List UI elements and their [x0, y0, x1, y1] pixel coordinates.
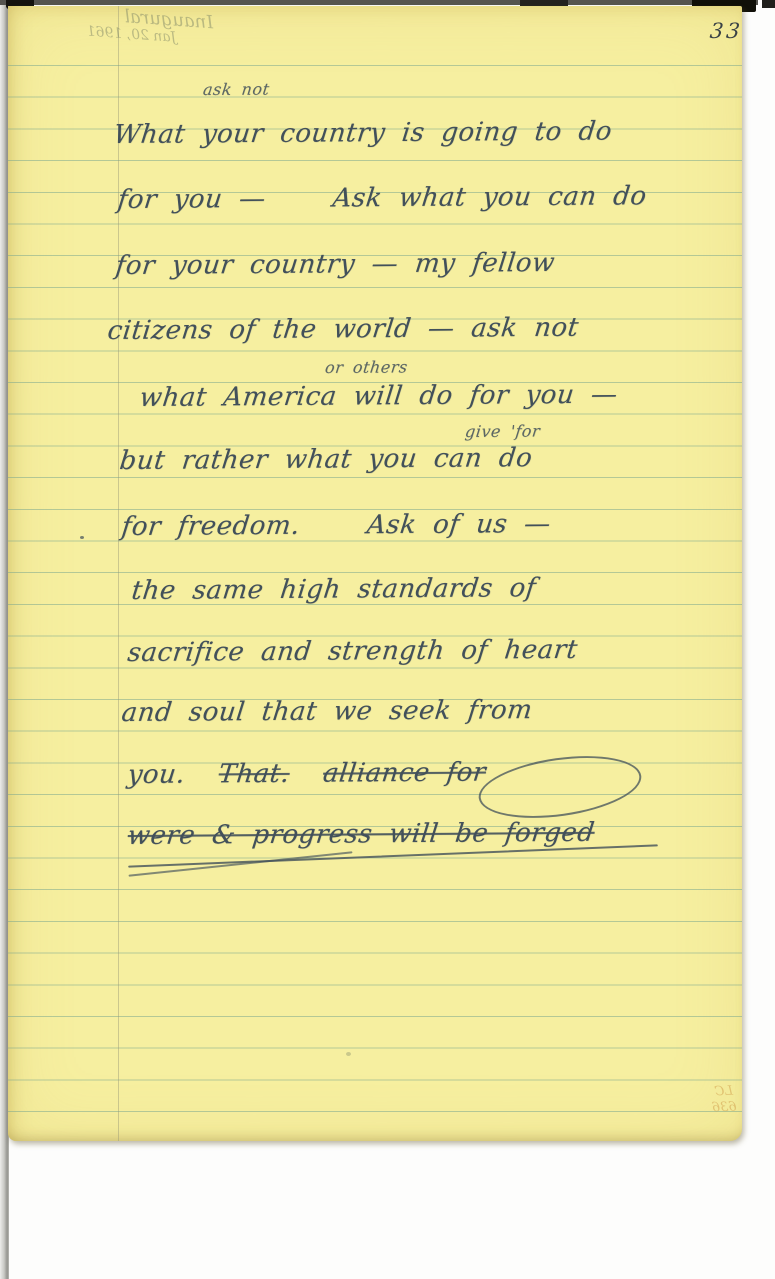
legal-pad-page: 33 Inaugural Jan 20, 1961 ask notWhat yo…	[8, 6, 742, 1141]
handwriting-line-12: were & progress will be forged	[126, 818, 596, 851]
handwriting-segment	[288, 759, 325, 789]
ink-dot	[80, 536, 84, 539]
scanner-top-mark	[762, 0, 775, 8]
handwriting-line-5: what America will do for you —	[138, 380, 619, 413]
handwriting-line-11: you. That. alliance for	[126, 758, 488, 790]
bleed-through-note: Inaugural Jan 20, 1961	[53, 2, 220, 49]
handwriting-line-4: citizens of the world — ask not	[106, 313, 580, 346]
handwriting-line-3: for your country — my fellow	[114, 248, 557, 281]
scanned-document: 33 Inaugural Jan 20, 1961 ask notWhat yo…	[0, 0, 775, 1279]
handwriting-line-9: sacrifice and strength of heart	[126, 635, 579, 668]
handwriting-segment: That.	[217, 759, 291, 789]
bleed-through-stamp: LC 636	[701, 1083, 746, 1117]
margin-line	[118, 6, 119, 1141]
handwriting-line-1: What your country is going to do	[112, 117, 614, 150]
handwriting-segment: you.	[126, 759, 220, 790]
handwriting-line-2: for you — Ask what you can do	[116, 181, 648, 215]
bleed-through-stamp-line: LC	[701, 1083, 746, 1101]
handwriting-segment: alliance for	[321, 758, 487, 789]
handwriting-insert-or-others: or others	[324, 357, 409, 377]
handwriting-line-8: the same high standards of	[130, 573, 538, 606]
handwriting-line-7: for freedom. Ask of us —	[120, 509, 552, 542]
handwriting-line-6: but rather what you can do	[118, 443, 534, 476]
ink-speck	[346, 1052, 351, 1056]
handwriting-insert-ask-not: ask not	[202, 80, 271, 99]
page-number: 33	[709, 19, 744, 43]
bleed-through-stamp-line: 636	[702, 1099, 747, 1117]
handwriting-line-10: and soul that we seek from	[120, 695, 534, 728]
scanner-top-band	[0, 0, 758, 5]
handwriting-segment: were & progress will be forged	[126, 818, 596, 851]
handwriting-insert-give-for: give 'for	[464, 421, 541, 441]
